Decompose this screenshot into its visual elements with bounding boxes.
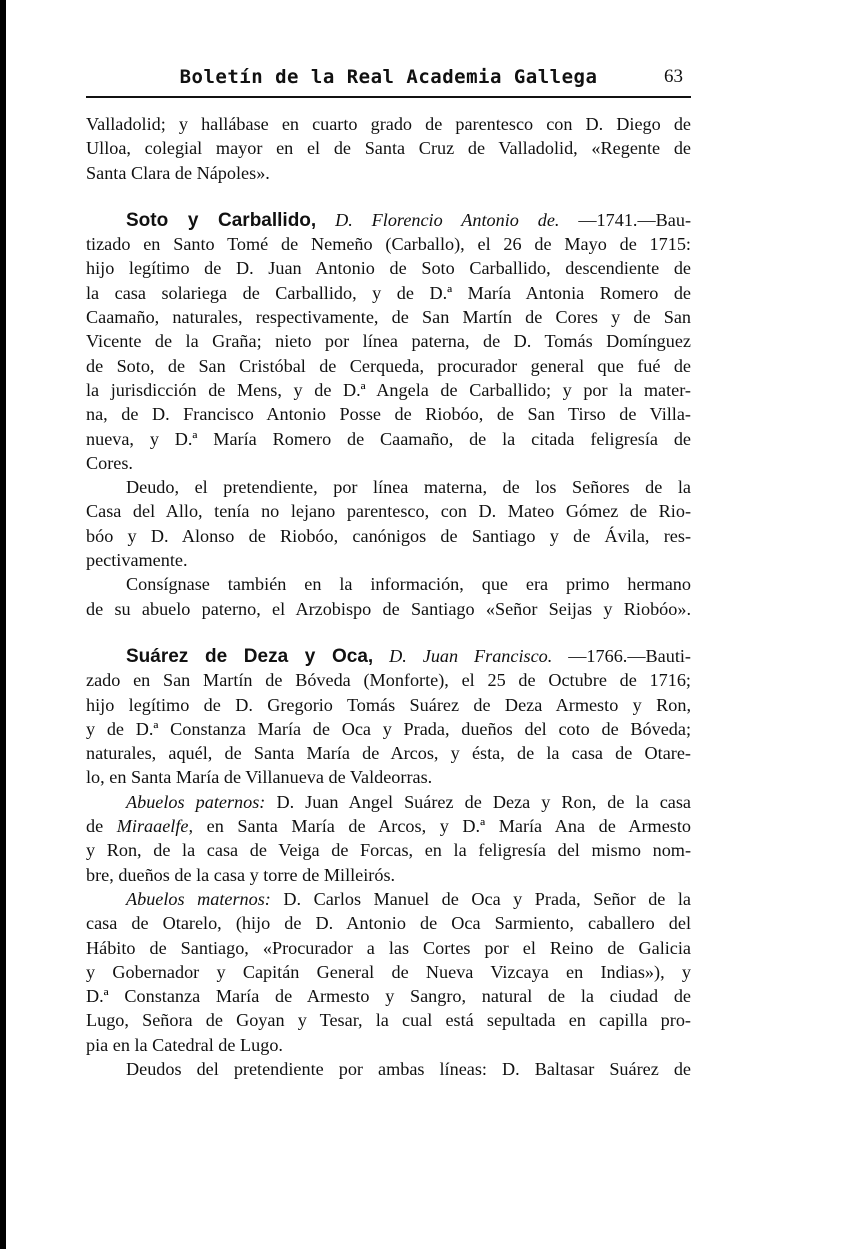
text-line: y Ron, de la casa de Veiga de Forcas, en…: [86, 838, 691, 862]
text-line: Ulloa, colegial mayor en el de Santa Cru…: [86, 136, 691, 160]
page-number: 63: [664, 66, 683, 88]
entry-given-name: D. Juan Francisco.: [389, 646, 552, 666]
text-line: Valladolid; y hallábase en cuarto grado …: [86, 112, 691, 136]
entry-heading-suarez: Suárez de Deza y Oca, D. Juan Francisco.…: [86, 644, 691, 668]
text-line: Hábito de Santiago, «Procurador a las Co…: [86, 936, 691, 960]
body-text: Valladolid; y hallábase en cuarto grado …: [86, 112, 691, 1081]
text-fragment: en Santa María de Arcos, y D.ª María Ana…: [207, 816, 691, 836]
text-line: Caamaño, naturales, respectivamente, de …: [86, 305, 691, 329]
text-line: bre, dueños de la casa y torre de Millei…: [86, 863, 691, 887]
text-line: Vicente de la Graña; nieto por línea pat…: [86, 329, 691, 353]
text-line: de Miraaelfe, en Santa María de Arcos, y…: [86, 814, 691, 838]
running-header: Boletín de la Real Academia Gallega 63: [86, 64, 691, 98]
text-line: Casa del Allo, tenía no lejano parentesc…: [86, 499, 691, 523]
text-line: na, de D. Francisco Antonio Posse de Rio…: [86, 402, 691, 426]
text-line: y Gobernador y Capitán General de Nueva …: [86, 960, 691, 984]
text-line: de Soto, de San Cristóbal de Cerqueda, p…: [86, 354, 691, 378]
text-line: D.ª Constanza María de Armesto y Sangro,…: [86, 984, 691, 1008]
text-line: nueva, y D.ª María Romero de Caamaño, de…: [86, 427, 691, 451]
text-line: naturales, aquél, de Santa María de Arco…: [86, 741, 691, 765]
text-fragment: de: [86, 816, 103, 836]
section-label: Abuelos maternos:: [126, 889, 271, 909]
text-line: Santa Clara de Nápoles».: [86, 161, 691, 185]
document-page: Boletín de la Real Academia Gallega 63 V…: [86, 64, 691, 1081]
text-line: Cores.: [86, 451, 691, 475]
text-line: pectivamente.: [86, 548, 691, 572]
text-line: Deudos del pretendiente por ambas líneas…: [86, 1057, 691, 1081]
entry-heading-soto: Soto y Carballido, D. Florencio Antonio …: [86, 208, 691, 232]
entry-name: Suárez de Deza y Oca,: [126, 646, 373, 667]
entry-year: —1741.—Bau-: [578, 210, 691, 230]
text-line: lo, en Santa María de Villanueva de Vald…: [86, 765, 691, 789]
text-line: pia en la Catedral de Lugo.: [86, 1033, 691, 1057]
text-line: casa de Otarelo, (hijo de D. Antonio de …: [86, 911, 691, 935]
entry-given-name: D. Florencio Antonio de.: [335, 210, 559, 230]
text-line: de su abuelo paterno, el Arzobispo de Sa…: [86, 597, 691, 621]
text-line: la casa solariega de Carballido, y de D.…: [86, 281, 691, 305]
text-line: hijo legítimo de D. Juan Antonio de Soto…: [86, 256, 691, 280]
text-line: zado en San Martín de Bóveda (Monforte),…: [86, 668, 691, 692]
text-line: tizado en Santo Tomé de Nemeño (Carballo…: [86, 232, 691, 256]
abuelos-maternos: Abuelos maternos: D. Carlos Manuel de Oc…: [86, 887, 691, 911]
text-line: la jurisdicción de Mens, y de D.ª Angela…: [86, 378, 691, 402]
journal-title: Boletín de la Real Academia Gallega: [86, 66, 691, 88]
text-line: D. Carlos Manuel de Oca y Prada, Señor d…: [283, 889, 691, 909]
entry-name: Soto y Carballido,: [126, 210, 316, 231]
text-line: bóo y D. Alonso de Riobóo, canónigos de …: [86, 524, 691, 548]
entry-year: —1766.—Bauti-: [568, 646, 691, 666]
text-line: y de D.ª Constanza María de Oca y Prada,…: [86, 717, 691, 741]
house-name: Miraaelfe,: [117, 816, 193, 836]
scan-edge: [0, 0, 6, 1249]
text-line: D. Juan Angel Suárez de Deza y Ron, de l…: [276, 792, 691, 812]
text-line: Deudo, el pretendiente, por línea matern…: [86, 475, 691, 499]
abuelos-paternos: Abuelos paternos: D. Juan Angel Suárez d…: [86, 790, 691, 814]
text-line: hijo legítimo de D. Gregorio Tomás Suáre…: [86, 693, 691, 717]
section-label: Abuelos paternos:: [126, 792, 265, 812]
text-line: Lugo, Señora de Goyan y Tesar, la cual e…: [86, 1008, 691, 1032]
text-line: Consígnase también en la información, qu…: [86, 572, 691, 596]
